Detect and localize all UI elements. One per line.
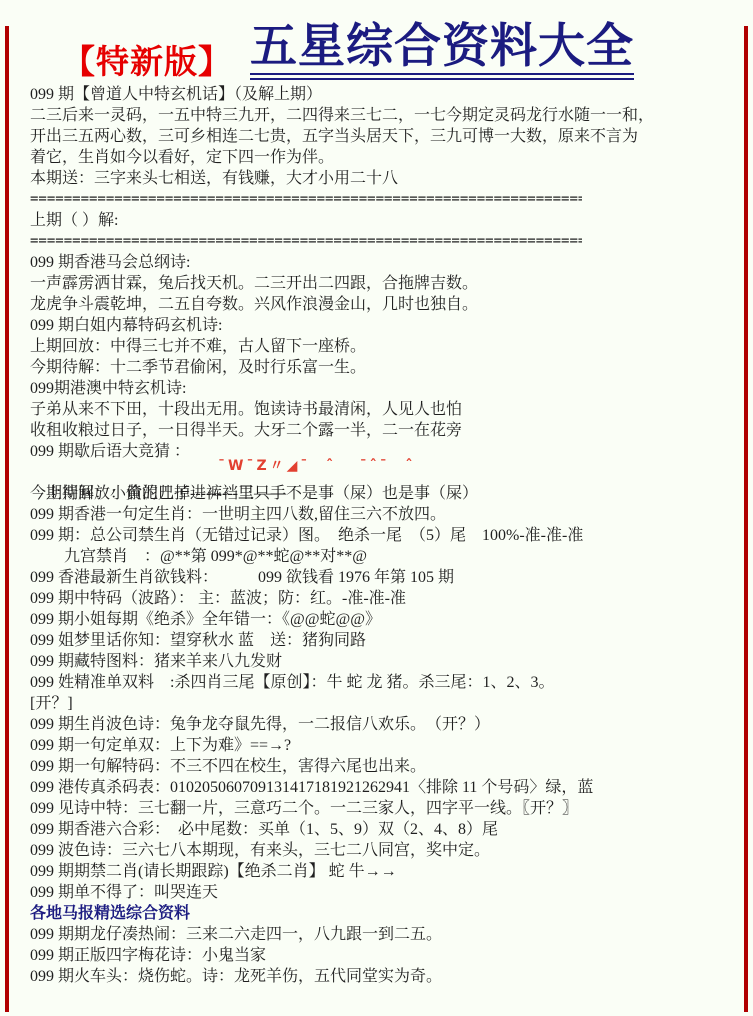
text-line: 一声霹雳洒甘霖，兔后找天机。二三开出二四跟，合拖牌吉数。 xyxy=(30,273,753,294)
text-line: 099 期：总公司禁生肖（无错过记录）图。 绝杀一尾 （5）尾 100%-准-准… xyxy=(30,525,753,546)
divider-equals: ========================================… xyxy=(30,189,582,210)
text-line-with-watermark: 上期回放：黄泥巴掉进裤裆里——不是事（屎）也是事（屎） ˉWˉZ〃◢ˉ ˆ ˉˆ… xyxy=(30,462,753,483)
page-title: 五星综合资料大全 xyxy=(250,24,634,80)
text-line: 099 期小姐每期《绝杀》全年错一：《@@蛇@@》 xyxy=(30,609,753,630)
text-line: 099 波色诗：三六七八本期现，有来头，三七二八同宫，奖中定。 xyxy=(30,840,753,861)
text-line: 099 期火车头：烧伤蛇。诗：龙死羊伤，五代同堂实为奇。 xyxy=(30,966,753,987)
text-line: 099 期白姐内幕特码玄机诗: xyxy=(30,315,753,336)
text-line: 开出三五两心数，三可乡相连二七贵，五字当头居天下，三九可博一大数，原来不言为 xyxy=(30,126,753,147)
text-line: 099 期期龙仔凑热闹：三来二六走四一，八九跟一到二五。 xyxy=(30,924,753,945)
text-line: 099 香港最新生肖欲钱料： 099 欲钱看 1976 年第 105 期 xyxy=(30,567,753,588)
text-line: 099 姐梦里话你知：望穿秋水 蓝 送：猪狗同路 xyxy=(30,630,753,651)
text-line: 099 期香港马会总纲诗: xyxy=(30,252,753,273)
text-line: 099 期单不得了：叫哭连天 xyxy=(30,882,753,903)
text-line: 子弟从来不下田，十段出无用。饱读诗书最清闲，人见人也怕 xyxy=(30,399,753,420)
content-body: 099 期【曾道人中特玄机话】（及解上期） 二三后来一灵码，一五中特三九开，二四… xyxy=(0,84,753,987)
text-line: 收租收粮过日子，一日得半天。大牙二个露一半，二一在花旁 xyxy=(30,420,753,441)
text-line: 099 港传真杀码表：01020506070913141718192126294… xyxy=(30,777,753,798)
text-line: 九宫禁肖 ：@**第 099*@**蛇@**对**@ xyxy=(30,546,753,567)
edition-badge: 【特新版】 xyxy=(62,47,232,80)
text-line: 上期回放：中得三七并不难，古人留下一座桥。 xyxy=(30,336,753,357)
text-line: 上期（ ）解: xyxy=(30,210,753,231)
text-line: 099 期正版四字梅花诗：小鬼当家 xyxy=(30,945,753,966)
text-line: 099 期【曾道人中特玄机话】（及解上期） xyxy=(30,84,753,105)
text-line: 099 期一句定单双：上下为难》==→? xyxy=(30,735,753,756)
text-line: [开？] xyxy=(30,693,753,714)
text-line: 今期待解：小偷的儿子---------三只手 xyxy=(30,483,753,504)
text-line: 099 期香港一句定生肖：一世明主四八数,留住三六不放四。 xyxy=(30,504,753,525)
text-line: 099 期一句解特码：不三不四在校生，害得六尾也出来。 xyxy=(30,756,753,777)
text-line: 099期港澳中特玄机诗: xyxy=(30,378,753,399)
text-line: 099 期生肖波色诗：兔争龙夺鼠先得，一二报信八欢乐。 （开？） xyxy=(30,714,753,735)
text-line: 本期送：三字来头七相送，有钱赚，大才小用二十八 xyxy=(30,168,753,189)
text-line: 099 期期禁二肖(请长期跟踪)【绝杀二肖】 蛇 牛→→ xyxy=(30,861,753,882)
section-heading: 各地马报精选综合资料 xyxy=(30,903,753,924)
text-line: 099 姓精准单双料 :杀四肖三尾【原创】：牛 蛇 龙 猪。杀三尾：1、2、3。 xyxy=(30,672,753,693)
text-line: 着它，生肖如今以看好，定下四一作为伴。 xyxy=(30,147,753,168)
text-line: 099 期藏特图料：猪来羊来八九发财 xyxy=(30,651,753,672)
text-line: 今期待解：十二季节君偷闲，及时行乐富一生。 xyxy=(30,357,753,378)
divider-equals: ========================================… xyxy=(30,231,582,252)
text-line: 099 见诗中特：三七翻一片，三意巧二个。一二三家人，四字平一线。〖开？〗 xyxy=(30,798,753,819)
page-header: 【特新版】 五星综合资料大全 xyxy=(0,0,753,80)
text-line: 龙虎争斗震乾坤，二五自夸数。兴风作浪漫金山，几时也独自。 xyxy=(30,294,753,315)
text-line: 099 期香港六合彩： 必中尾数：买单（1、5、9）双（2、4、8）尾 xyxy=(30,819,753,840)
left-red-border xyxy=(5,26,9,1012)
text-line: 二三后来一灵码，一五中特三九开，二四得来三七二，一七今期定灵码龙行水随一一和， xyxy=(30,105,753,126)
text-line: 099 期中特码（波路）： 主：蓝波；防：红。-准-准-准 xyxy=(30,588,753,609)
red-watermark-overlay: ˉWˉZ〃◢ˉ ˆ ˉˆˉ ˆ xyxy=(218,456,415,477)
